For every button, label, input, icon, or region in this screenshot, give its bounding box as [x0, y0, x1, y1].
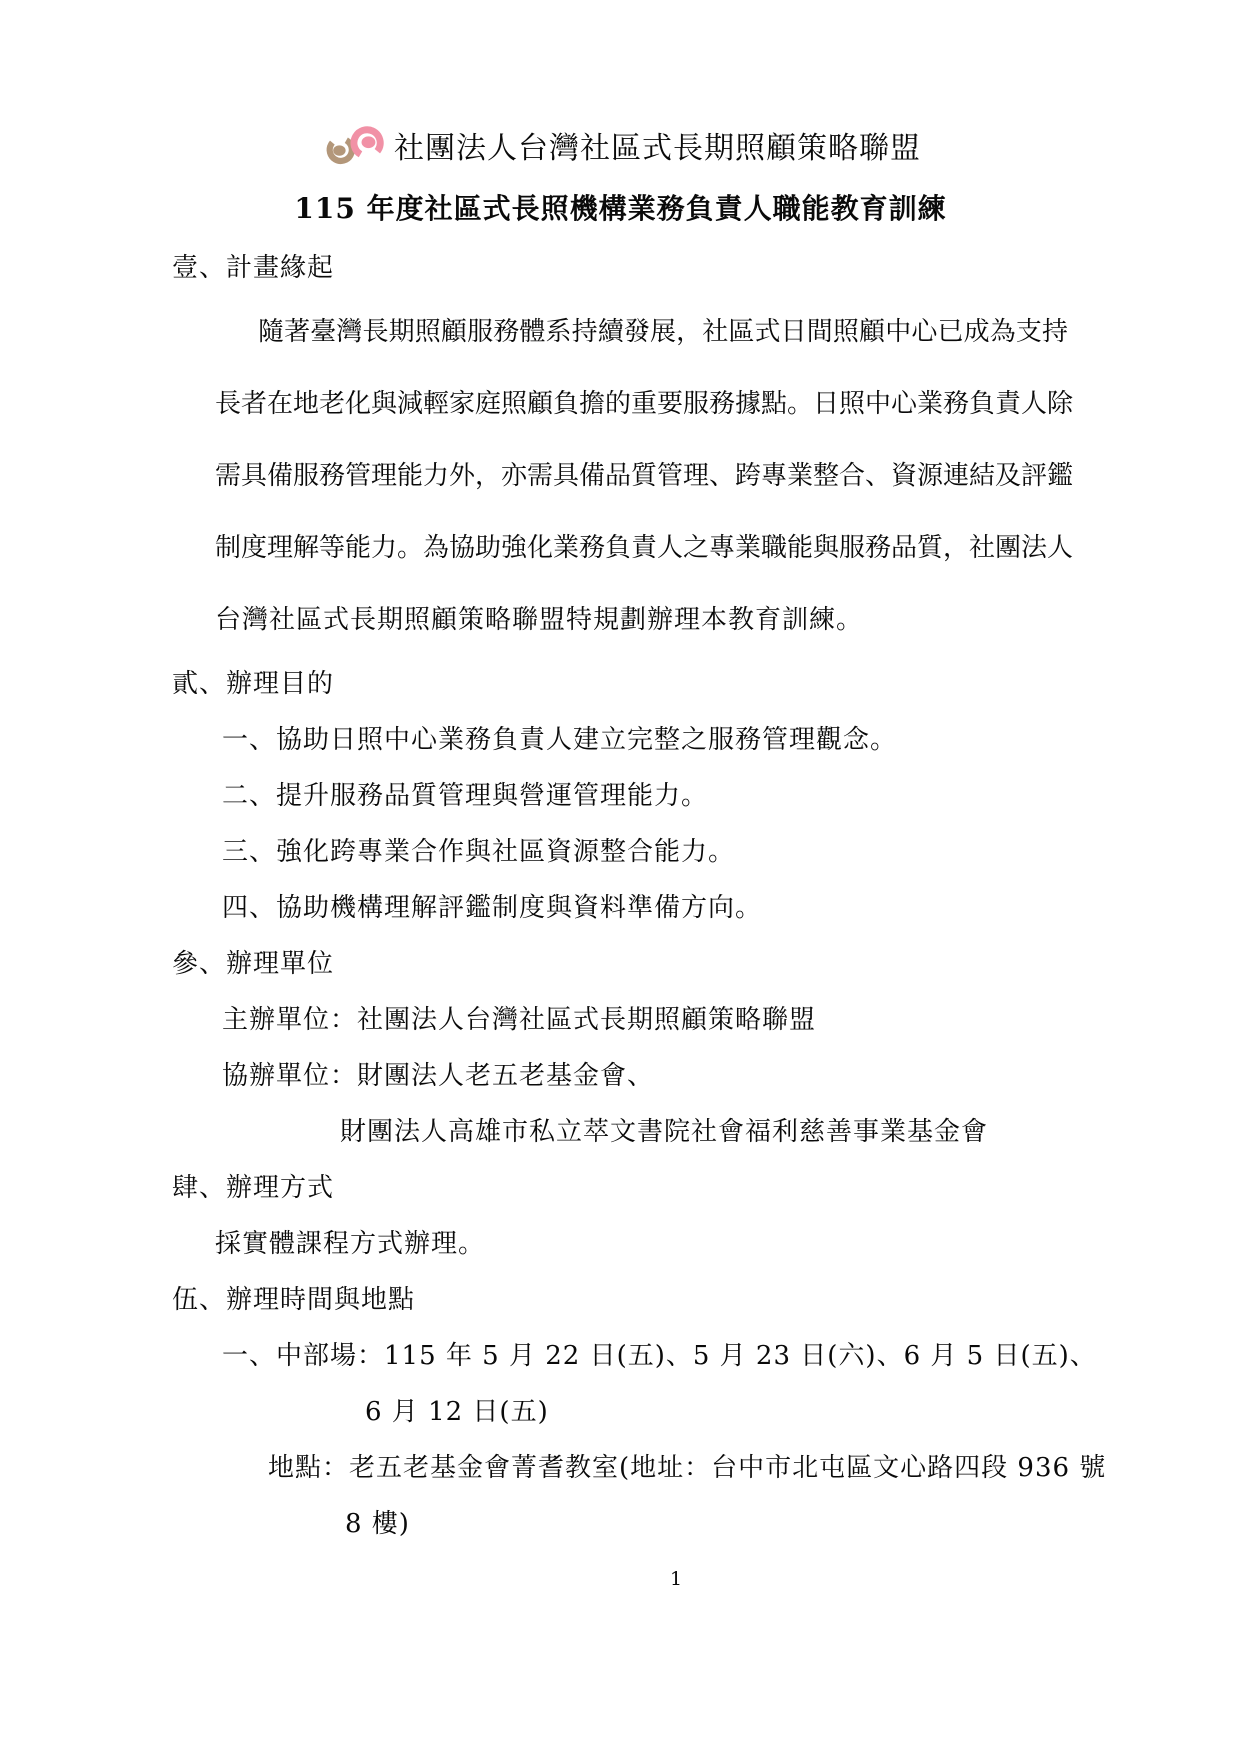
- co-organizer-line-2: 財團法人高雄市私立萃文書院社會福利慈善事業基金會: [340, 1104, 1069, 1160]
- section-3-heading: 參、辦理單位: [172, 936, 1069, 992]
- organization-name: 社團法人台灣社區式長期照顧策略聯盟: [394, 123, 921, 167]
- logo-left-head: [333, 145, 345, 155]
- document-content: 社團法人台灣社區式長期照顧策略聯盟 115 年度社區式長照機構業務負責人職能教育…: [0, 0, 1241, 1552]
- document-title: 115 年度社區式長照機構業務負責人職能教育訓練: [172, 178, 1069, 240]
- section-5-heading: 伍、辦理時間與地點: [172, 1272, 1069, 1328]
- section-1-paragraph-line-4: 制度理解等能力。為協助強化業務負責人之專業職能與服務品質，社團法人: [215, 512, 1068, 584]
- section-2-item-1: 一、協助日照中心業務負責人建立完整之服務管理觀念。: [222, 712, 1069, 768]
- section-2-item-4: 四、協助機構理解評鑑制度與資料準備方向。: [222, 880, 1069, 936]
- organizer-line: 主辦單位：社團法人台灣社區式長期照顧策略聯盟: [222, 992, 1069, 1048]
- session-date-line-2: 6 月 12 日(五): [365, 1384, 1069, 1440]
- section-2-item-2: 二、提升服務品質管理與營運管理能力。: [222, 768, 1069, 824]
- alliance-logo-icon: [320, 116, 392, 174]
- co-organizer-line-1: 協辦單位：財團法人老五老基金會、: [222, 1048, 1069, 1104]
- section-1-paragraph-line-2: 長者在地老化與減輕家庭照顧負擔的重要服務據點。日照中心業務負責人除: [215, 368, 1068, 440]
- section-4-body: 採實體課程方式辦理。: [215, 1216, 1069, 1272]
- section-2-item-3: 三、強化跨專業合作與社區資源整合能力。: [222, 824, 1069, 880]
- section-4-heading: 肆、辦理方式: [172, 1160, 1069, 1216]
- page-number: 1: [670, 1568, 682, 1590]
- session-date-line-1: 一、中部場：115 年 5 月 22 日(五)、5 月 23 日(六)、6 月 …: [222, 1328, 1069, 1384]
- session-location-line-1: 地點：老五老基金會菁耆教室(地址：台中市北屯區文心路四段 936 號: [268, 1440, 1069, 1496]
- session-location-line-2: 8 樓): [345, 1496, 1069, 1552]
- section-1-paragraph-line-1: 隨著臺灣長期照顧服務體系持續發展，社區式日間照顧中心已成為支持: [258, 296, 1068, 368]
- section-1-paragraph-line-5: 台灣社區式長期照顧策略聯盟特規劃辦理本教育訓練。: [215, 584, 1069, 656]
- section-1-paragraph-line-3: 需具備服務管理能力外，亦需具備品質管理、跨專業整合、資源連結及評鑑: [215, 440, 1068, 512]
- document-page: 社團法人台灣社區式長期照顧策略聯盟 115 年度社區式長照機構業務負責人職能教育…: [0, 0, 1241, 1755]
- logo-right-head: [362, 136, 376, 148]
- document-header: 社團法人台灣社區式長期照顧策略聯盟: [172, 112, 1069, 178]
- section-1-heading: 壹、計畫緣起: [172, 240, 1069, 296]
- section-2-heading: 貳、辦理目的: [172, 656, 1069, 712]
